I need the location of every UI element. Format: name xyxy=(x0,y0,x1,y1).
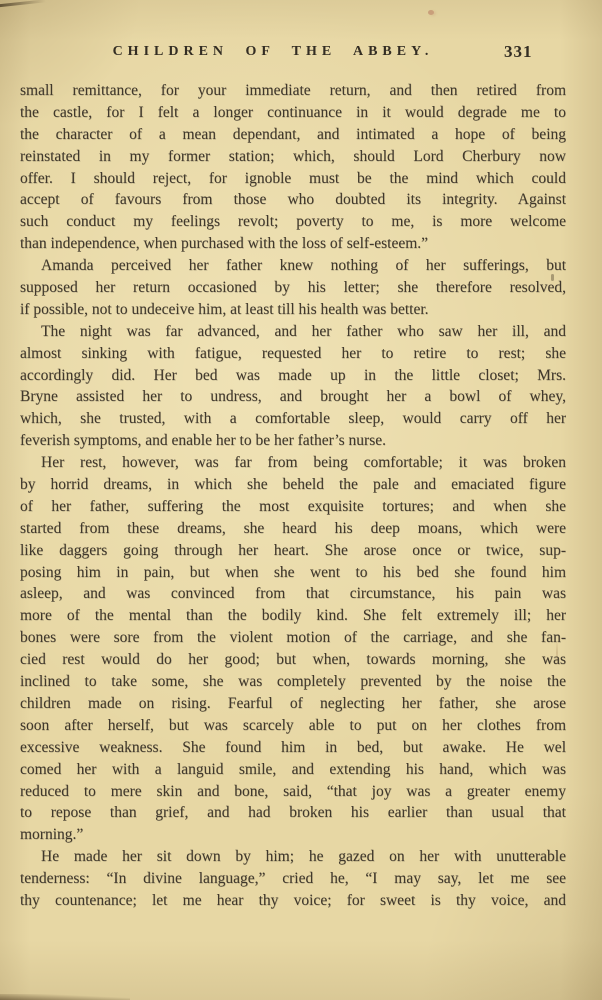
page-number: 331 xyxy=(504,42,533,62)
text-line: to repose than grief, and had broken his… xyxy=(20,802,566,824)
text-line: the character of a mean dependant, and i… xyxy=(20,124,566,146)
text-line: comed her with a languid smile, and exte… xyxy=(20,759,566,781)
text-line: feverish symptoms, and enable her to be … xyxy=(20,430,566,452)
text-line: such conduct my feelings revolt; poverty… xyxy=(20,211,566,233)
text-line: of her father, suffering the most exquis… xyxy=(20,496,566,518)
paragraph: small remittance, for your immediate ret… xyxy=(20,80,566,255)
text-line: soon after herself, but was scarcely abl… xyxy=(20,715,566,737)
page-body: small remittance, for your immediate ret… xyxy=(20,80,566,912)
text-line: Amanda perceived her father knew nothing… xyxy=(20,255,566,277)
paragraph: Amanda perceived her father knew nothing… xyxy=(20,255,566,321)
text-line: if possible, not to undeceive him, at le… xyxy=(20,299,566,321)
scan-artifact-speck xyxy=(428,10,434,15)
paragraph: The night was far advanced, and her fath… xyxy=(20,321,566,452)
text-line: started from these dreams, she heard his… xyxy=(20,518,566,540)
text-line: thy countenance; let me hear thy voice; … xyxy=(20,890,566,912)
text-line: which, she trusted, with a comfortable s… xyxy=(20,408,566,430)
text-line: by horrid dreams, in which she beheld th… xyxy=(20,474,566,496)
text-line: the castle, for I felt a longer continua… xyxy=(20,102,566,124)
text-line: tenderness: “In divine language,” cried … xyxy=(20,868,566,890)
text-line: excessive weakness. She found him in bed… xyxy=(20,737,566,759)
text-line: Bryne assisted her to undress, and broug… xyxy=(20,386,566,408)
text-line: offer. I should reject, for ignoble must… xyxy=(20,168,566,190)
running-header-title: CHILDREN OF THE ABBEY. xyxy=(20,44,526,60)
text-line: He made her sit down by him; he gazed on… xyxy=(20,846,566,868)
text-line: accept of favours from those who doubted… xyxy=(20,189,566,211)
text-line: accordingly did. Her bed was made up in … xyxy=(20,365,566,387)
paragraph: He made her sit down by him; he gazed on… xyxy=(20,846,566,912)
text-line: small remittance, for your immediate ret… xyxy=(20,80,566,102)
text-line: almost sinking with fatigue, requested h… xyxy=(20,343,566,365)
book-page: CHILDREN OF THE ABBEY. 331 small remitta… xyxy=(0,0,602,1000)
text-line: like daggers going through her heart. Sh… xyxy=(20,540,566,562)
text-line: bones were sore from the violent motion … xyxy=(20,627,566,649)
text-line: morning.” xyxy=(20,824,566,846)
text-line: reduced to mere skin and bone, said, “th… xyxy=(20,781,566,803)
text-line: inclined to take some, she was completel… xyxy=(20,671,566,693)
text-line: asleep, and was convinced from that circ… xyxy=(20,583,566,605)
scan-artifact-top-left xyxy=(0,0,46,8)
text-line: cied rest would do her good; but when, t… xyxy=(20,649,566,671)
text-line: than independence, when purchased with t… xyxy=(20,233,566,255)
paragraph: Her rest, however, was far from being co… xyxy=(20,452,566,846)
text-line: children made on rising. Fearful of negl… xyxy=(20,693,566,715)
text-line: Her rest, however, was far from being co… xyxy=(20,452,566,474)
text-line: more of the mental than the bodily kind.… xyxy=(20,605,566,627)
text-line: reinstated in my former station; which, … xyxy=(20,146,566,168)
text-line: The night was far advanced, and her fath… xyxy=(20,321,566,343)
text-line: supposed her return occasioned by his le… xyxy=(20,277,566,299)
scan-artifact-bottom-left xyxy=(0,994,130,1000)
text-line: posing him in pain, but when she went to… xyxy=(20,562,566,584)
